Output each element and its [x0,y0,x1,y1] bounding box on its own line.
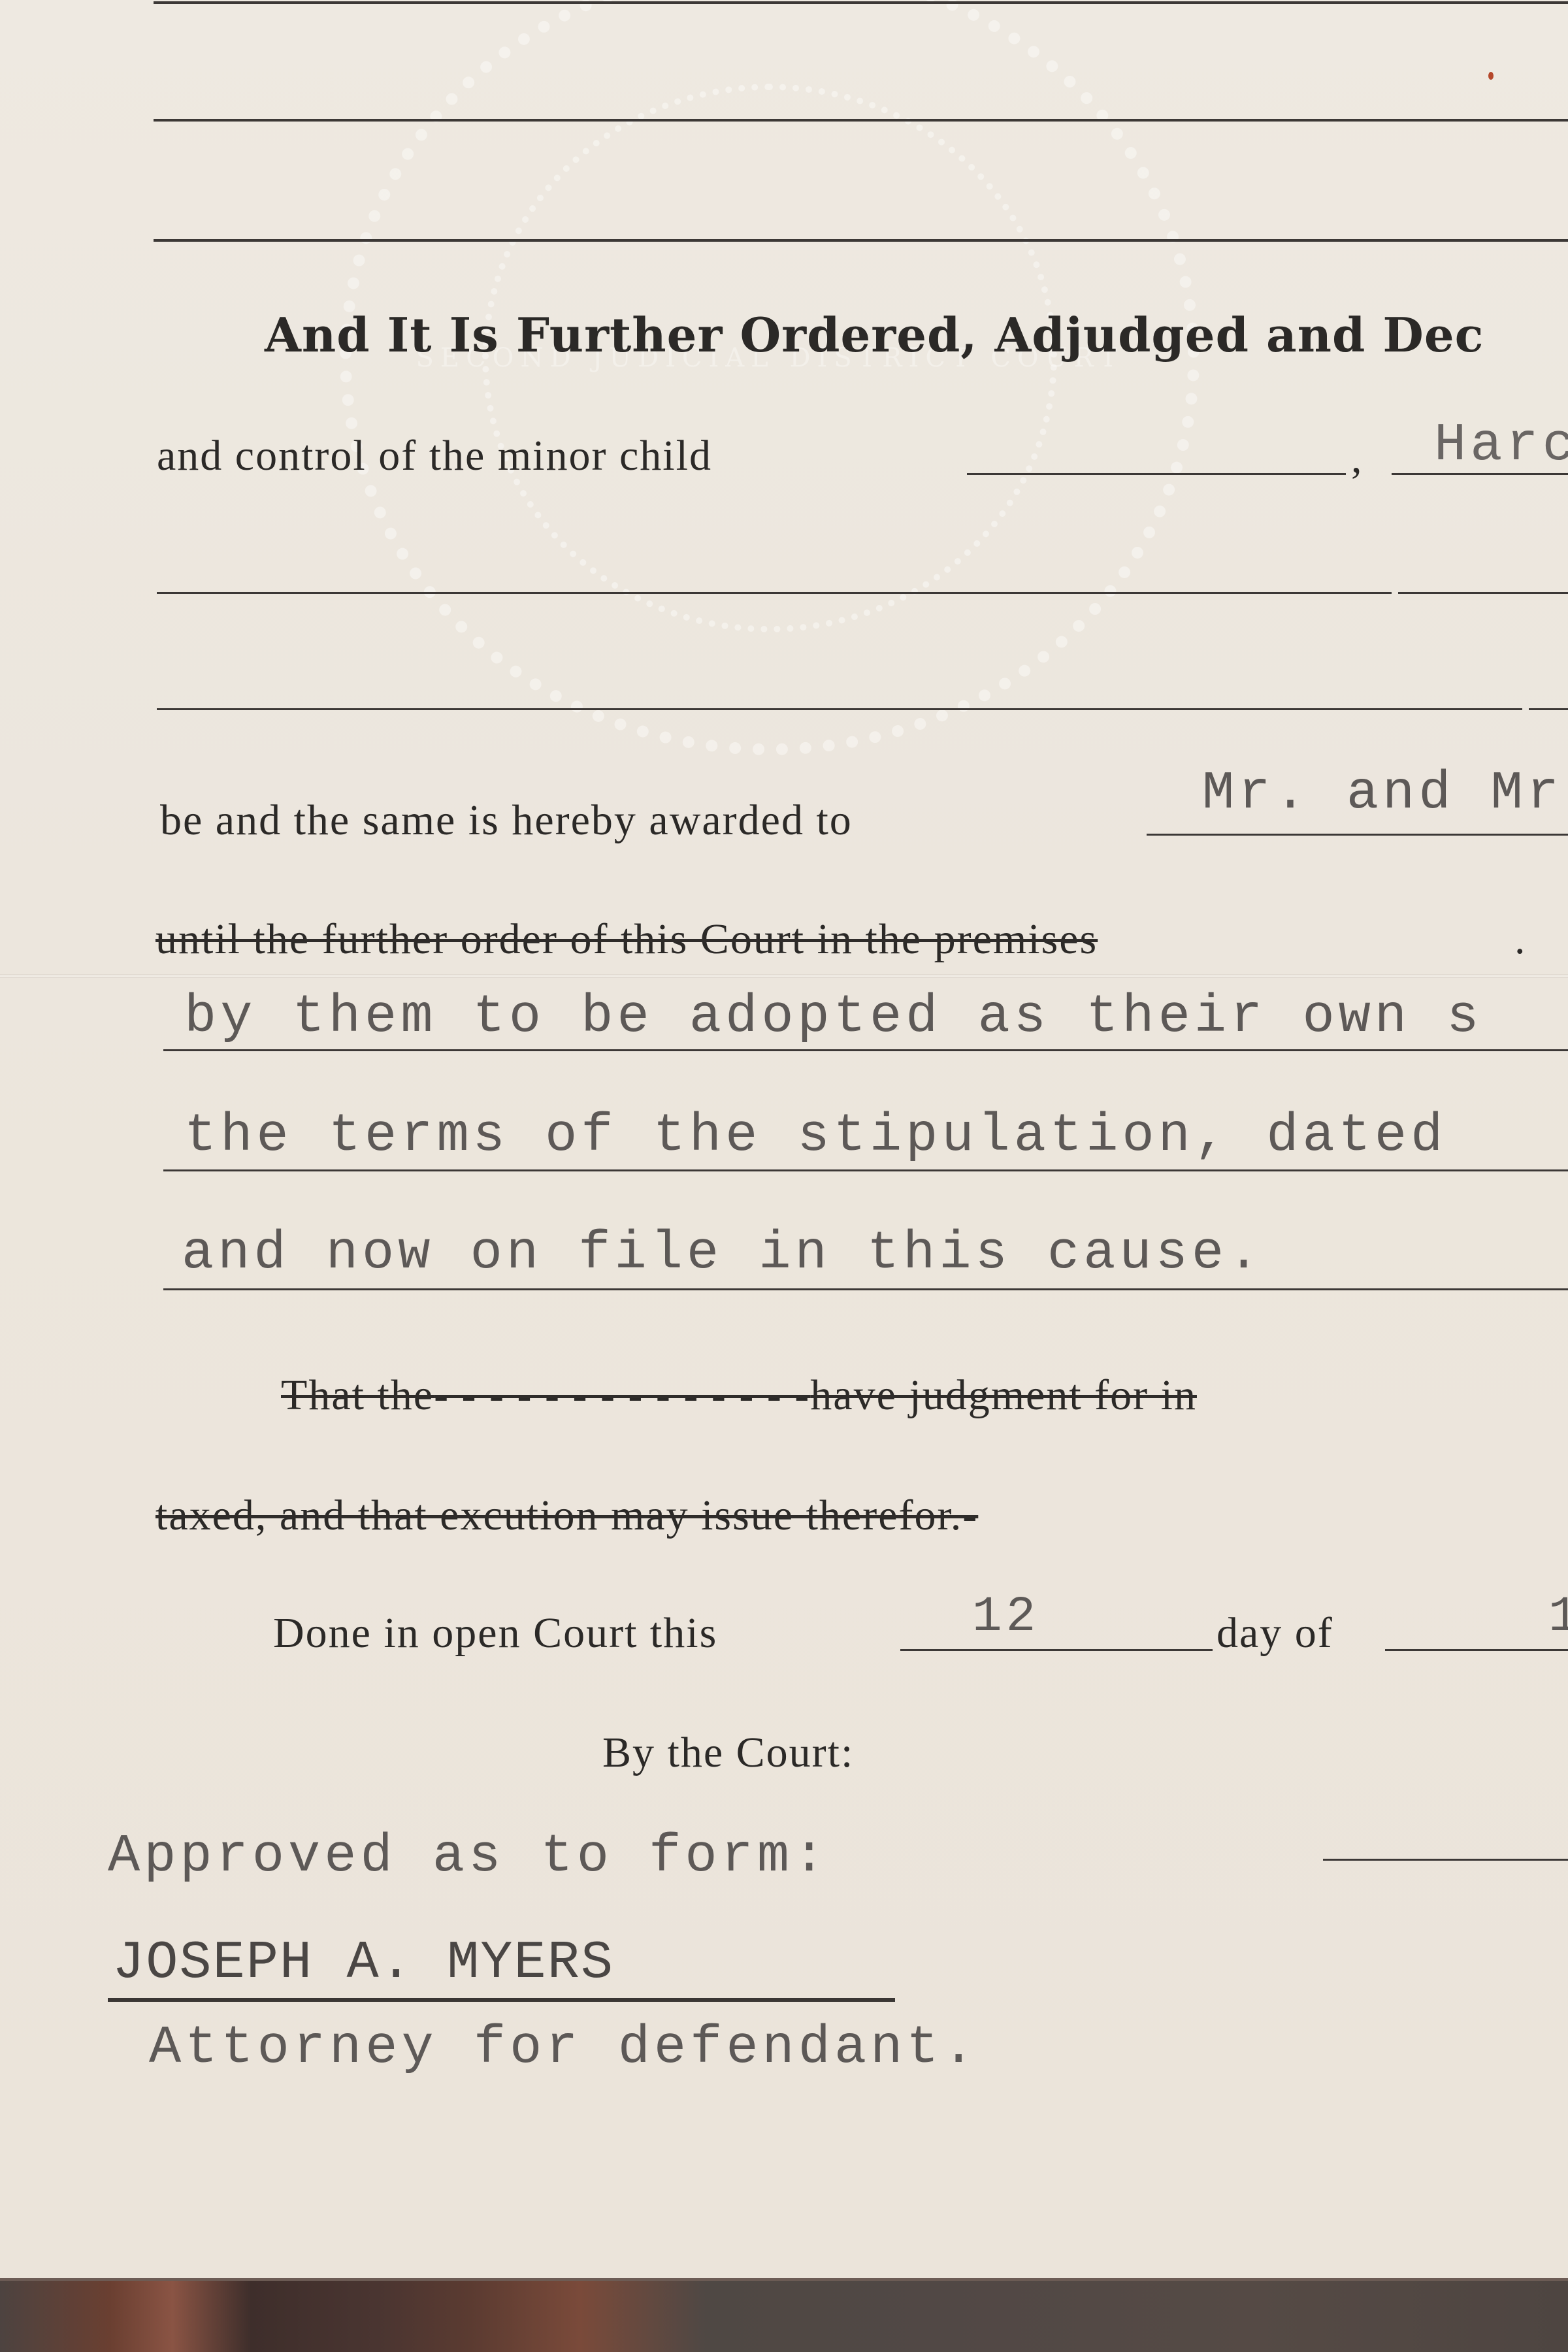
typed-line-3: and now on file in this cause. [182,1223,1264,1284]
struck-further-order: until the further order of this Court in… [155,915,1098,964]
child-blank-field [967,473,1346,475]
order-heading: And It Is Further Ordered, Adjudged and … [265,307,1484,363]
struck-judgment-line-2: taxed, and that excution may issue there… [155,1491,978,1541]
struck-judgment-dashes: - - - - - - - - - - - - - - [434,1371,810,1419]
attorney-name: JOSEPH A. MYERS [112,1933,614,1993]
day-underline [900,1649,1213,1651]
judge-signature-line [1323,1859,1568,1861]
struck-further-order-period: . [1514,915,1527,964]
red-mark [1488,72,1494,80]
awarded-to: Mr. and Mr [1202,763,1563,824]
attorney-role: Attorney for defendant. [149,2017,979,2078]
by-the-court: By the Court: [602,1728,854,1778]
blank-line-5 [157,708,1522,710]
struck-judgment-line-1: That the- - - - - - - - - - - - - -have … [281,1371,1197,1420]
month-value: 1 [1548,1589,1568,1645]
award-underline [1147,834,1568,836]
month-underline [1385,1649,1568,1651]
seal-label: SECOND JUDICIAL DISTRICT COURT [351,0,1188,743]
blank-line-2 [154,119,1568,122]
typed-line-2-underline [163,1169,1568,1171]
blank-line-4b [1398,592,1568,594]
day-of-label: day of [1217,1609,1333,1658]
child-name: Harc [1434,415,1568,476]
typed-line-3-underline [163,1288,1568,1290]
typed-line-1: by them to be adopted as their own s [184,987,1483,1047]
struck-further-order-text: until the further order of this Court in… [155,915,1098,963]
typed-line-2: the terms of the stipulation, dated [184,1105,1446,1166]
paper-edge [0,2278,1568,2281]
blank-line-1 [154,1,1568,4]
typed-line-1-underline [163,1049,1568,1051]
blank-line-4 [157,592,1392,594]
attorney-signature-line [108,1998,895,2002]
paper-fold-crease [0,974,1568,978]
blank-line-3 [154,239,1568,242]
document-page: SECOND JUDICIAL DISTRICT COURT And It Is… [0,0,1568,2280]
custody-clause: and control of the minor child [157,431,712,481]
embossed-court-seal: SECOND JUDICIAL DISTRICT COURT [340,0,1200,755]
done-in-open-court: Done in open Court this [273,1609,717,1658]
blank-line-5b [1529,708,1568,710]
approved-as-to-form: Approved as to form: [108,1826,829,1887]
comma: , [1351,434,1364,483]
struck-judgment-that-the: That the [281,1371,434,1419]
wood-surface-background [0,2278,1568,2352]
day-value: 12 [972,1589,1039,1645]
struck-judgment-have: have judgment for in [810,1371,1197,1419]
award-clause: be and the same is hereby awarded to [160,796,853,845]
